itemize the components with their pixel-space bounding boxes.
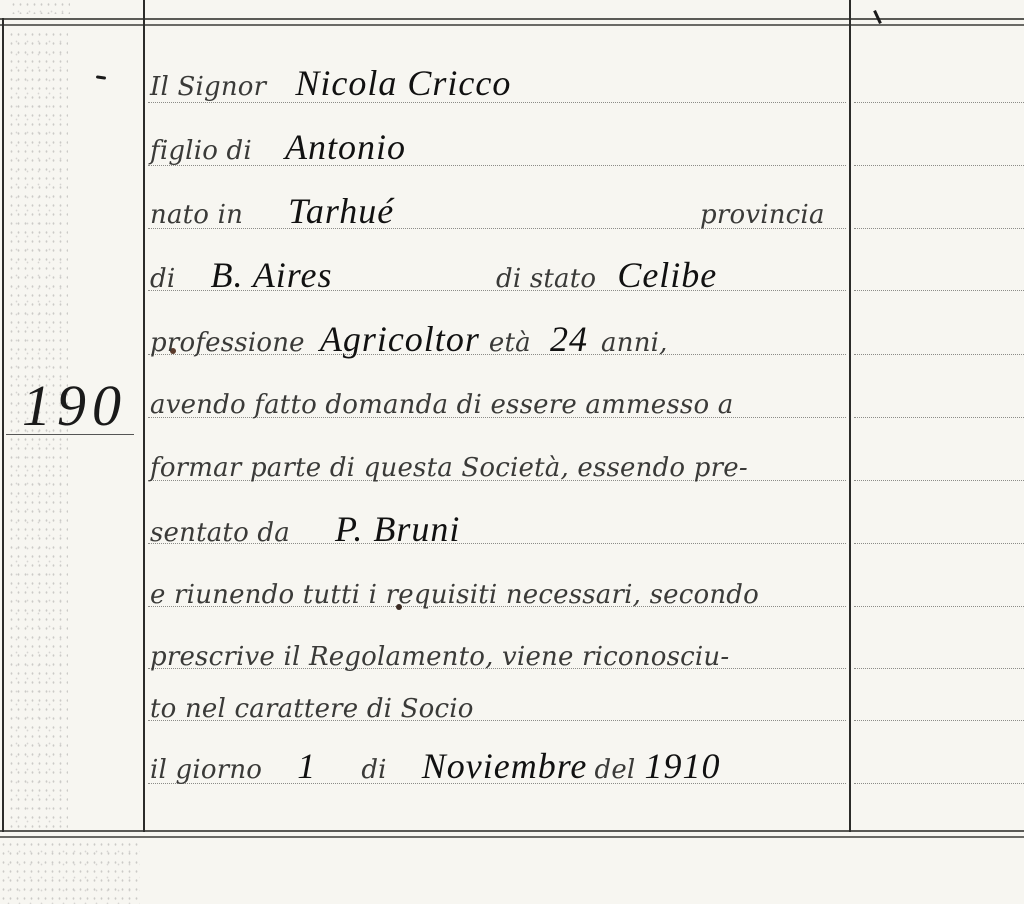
number-column-divider [143, 0, 145, 832]
label-nato-in: nato in [150, 200, 243, 230]
notes-rule-line [854, 102, 1024, 103]
month: Noviembre [422, 746, 588, 786]
province: B. Aires [210, 255, 332, 295]
label-professione: professione [150, 328, 305, 358]
notes-rule-line [854, 290, 1024, 291]
top-border [0, 18, 1024, 26]
label-di: di [150, 264, 175, 294]
label-signor: Il Signor [150, 72, 266, 102]
notes-rule-line [854, 720, 1024, 721]
notes-rule-line [854, 228, 1024, 229]
notes-rule-line [854, 783, 1024, 784]
register-page: 190 Il Signor Nicola Cricco figlio di An… [0, 0, 1024, 904]
label-di-month: di [361, 755, 386, 785]
line-birthplace: nato in Tarhué [150, 190, 394, 232]
notes-rule-line [854, 165, 1024, 166]
label-di-stato: di stato [496, 264, 596, 294]
notes-rule-line [854, 417, 1024, 418]
age: 24 [550, 319, 588, 359]
notes-rule-line [854, 480, 1024, 481]
line-regulation: prescrive il Regolamento, viene riconosc… [150, 642, 729, 672]
civil-status: Celibe [617, 255, 717, 295]
line-application: avendo fatto domanda di essere ammesso a [150, 390, 734, 420]
label-provincia: provincia [700, 200, 825, 230]
scan-noise-top-left [10, 0, 70, 14]
notes-rule-line [854, 606, 1024, 607]
line-society: formar parte di questa Società, essendo … [150, 453, 748, 483]
label-anni: anni, [601, 328, 668, 358]
birthplace: Tarhué [288, 191, 394, 231]
notes-rule-line [854, 354, 1024, 355]
notes-column-divider [849, 0, 851, 832]
line-presented-by: sentato da P. Bruni [150, 508, 460, 550]
father-name: Antonio [285, 127, 406, 167]
label-sentato-da: sentato da [150, 518, 290, 548]
line-name: Il Signor Nicola Cricco [150, 62, 511, 104]
bottom-border [0, 830, 1024, 838]
line-profession-age: professione Agricoltor età 24 anni, [150, 318, 668, 360]
left-border [2, 18, 4, 832]
entry-number: 190 [22, 372, 127, 439]
label-del: del [595, 755, 636, 785]
scan-noise-bottom-left [0, 840, 140, 904]
notes-rule-line [854, 668, 1024, 669]
presenter-signature: P. Bruni [335, 509, 460, 549]
label-il-giorno: il giorno [150, 755, 262, 785]
line-father: figlio di Antonio [150, 126, 406, 168]
line-requirements: e riunendo tutti i requisiti necessari, … [150, 580, 759, 610]
day: 1 [297, 746, 316, 786]
year: 1910 [645, 746, 721, 786]
line-date: il giorno 1 di Noviembre del 1910 [150, 745, 721, 787]
member-name: Nicola Cricco [295, 63, 511, 103]
line-province-status: di B. Aires [150, 254, 332, 296]
line-member-character: to nel carattere di Socio [150, 694, 474, 724]
label-figlio-di: figlio di [150, 136, 252, 166]
margin-dash-mark [96, 75, 106, 79]
profession: Agricoltor [320, 319, 480, 359]
civil-status-group: di stato Celibe [496, 254, 717, 296]
notes-rule-line [854, 543, 1024, 544]
label-eta: età [489, 328, 531, 358]
